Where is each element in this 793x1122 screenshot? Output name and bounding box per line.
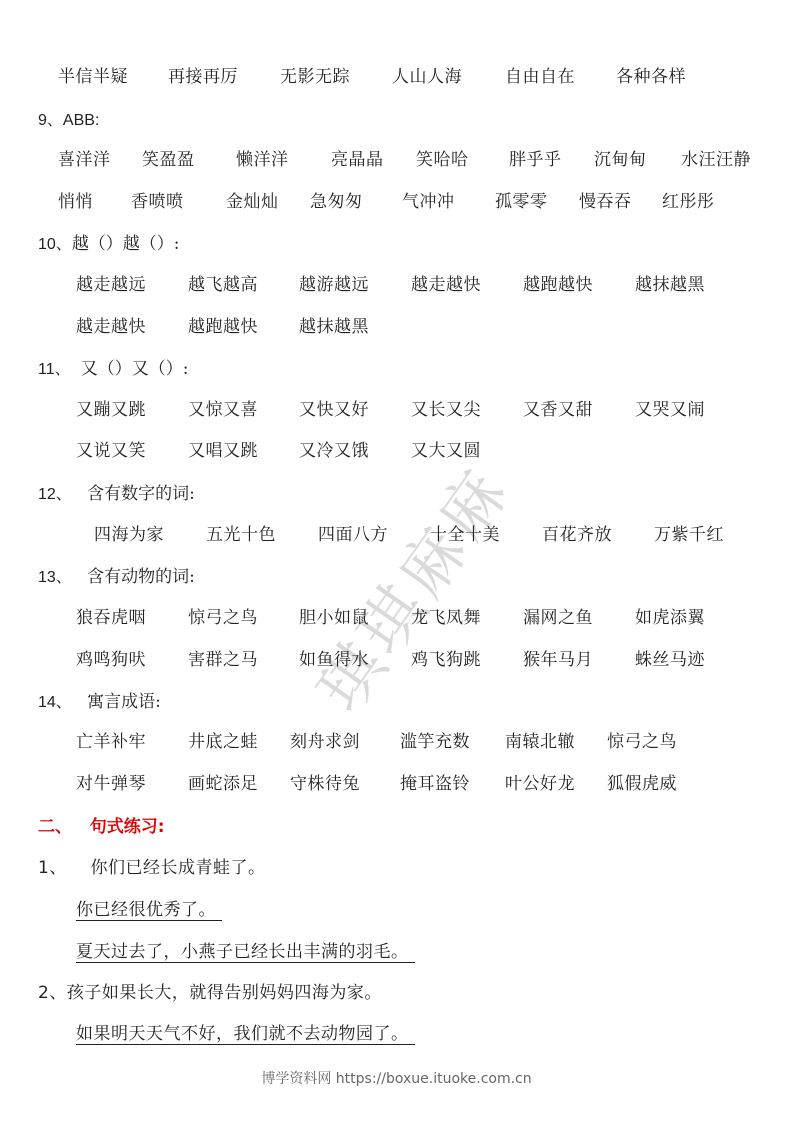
- word: 金灿灿: [226, 187, 279, 217]
- word: 蛛丝马迹: [635, 645, 705, 675]
- word: 人山人海: [392, 62, 462, 92]
- word: 喜洋洋: [58, 145, 111, 175]
- answer-line: 你已经很优秀了。: [76, 895, 222, 925]
- group-number: 9、: [38, 112, 63, 129]
- word: 又快又好: [299, 395, 369, 425]
- word: 漏网之鱼: [523, 603, 593, 633]
- group-heading-13: 13、 含有动物的词:: [38, 562, 195, 593]
- word: 守株待兔: [290, 769, 360, 799]
- word: 害群之马: [188, 645, 258, 675]
- group-heading-11: 11、 又（）又（）:: [38, 354, 189, 385]
- word: 无影无踪: [280, 62, 350, 92]
- word: 猴年马月: [523, 645, 593, 675]
- word: 四海为家: [94, 520, 164, 550]
- document-page: 琪琪麻麻 半信半疑 再接再厉 无影无踪 人山人海 自由自在 各种各样 9、ABB…: [0, 0, 793, 1122]
- section-heading-sentence-practice: 二、 句式练习:: [38, 812, 165, 842]
- word: 画蛇添足: [188, 769, 258, 799]
- section-number: 二、: [38, 817, 72, 837]
- group-heading-9: 9、ABB:: [38, 105, 99, 136]
- item-number: 2、: [38, 983, 67, 1003]
- word: 又大又圆: [411, 436, 481, 466]
- group-title: 越（）越（）:: [72, 234, 180, 254]
- word: 水汪汪静: [681, 145, 751, 175]
- word: 沉甸甸: [594, 145, 647, 175]
- word: 亡羊补牢: [76, 727, 146, 757]
- word: 急匆匆: [310, 187, 363, 217]
- word: 胆小如鼠: [299, 603, 369, 633]
- section-title: 句式练习:: [90, 817, 165, 837]
- group-heading-12: 12、 含有数字的词:: [38, 479, 195, 510]
- prompt-text: 你们已经长成青蛙了。: [90, 858, 265, 878]
- word: 亮晶晶: [331, 145, 384, 175]
- word: 又冷又饿: [299, 436, 369, 466]
- word: 叶公好龙: [505, 769, 575, 799]
- word: 狼吞虎咽: [76, 603, 146, 633]
- word: 如鱼得水: [299, 645, 369, 675]
- word: 南辕北辙: [505, 727, 575, 757]
- word: 越走越快: [76, 312, 146, 342]
- group-number: 13、: [38, 569, 72, 586]
- word: 笑盈盈: [142, 145, 195, 175]
- word: 对牛弹琴: [76, 769, 146, 799]
- word: 十全十美: [430, 520, 500, 550]
- group-number: 12、: [38, 486, 72, 503]
- word: 越走越远: [76, 270, 146, 300]
- answer-line: 如果明天天气不好，我们就不去动物园了。: [76, 1019, 415, 1049]
- word: 五光十色: [206, 520, 276, 550]
- word: 越跑越快: [523, 270, 593, 300]
- word: 刻舟求剑: [290, 727, 360, 757]
- word: 再接再厉: [168, 62, 238, 92]
- word: 滥竽充数: [400, 727, 470, 757]
- word: 又哭又闹: [635, 395, 705, 425]
- answer-text: 你已经很优秀了。: [76, 900, 222, 921]
- group-title: 含有动物的词:: [87, 567, 195, 587]
- group-heading-10: 10、越（）越（）:: [38, 229, 180, 260]
- word: 又说又笑: [76, 436, 146, 466]
- word: 笑哈哈: [416, 145, 469, 175]
- word: 百花齐放: [542, 520, 612, 550]
- word: 各种各样: [616, 62, 686, 92]
- word: 自由自在: [505, 62, 575, 92]
- word: 如虎添翼: [635, 603, 705, 633]
- word: 懒洋洋: [236, 145, 289, 175]
- word: 慢吞吞: [579, 187, 632, 217]
- group-number: 14、: [38, 694, 72, 711]
- word: 越跑越快: [188, 312, 258, 342]
- word: 半信半疑: [58, 62, 128, 92]
- word: 万紫千红: [654, 520, 724, 550]
- prompt-text: 孩子如果长大，就得告别妈妈四海为家。: [67, 983, 382, 1003]
- group-number: 10、: [38, 236, 72, 253]
- item-number: 1、: [38, 858, 67, 878]
- group-title: ABB:: [63, 112, 99, 129]
- group-heading-14: 14、 寓言成语:: [38, 687, 161, 718]
- word: 狐假虎威: [607, 769, 677, 799]
- word: 越走越快: [411, 270, 481, 300]
- word: 越抹越黑: [299, 312, 369, 342]
- word: 越抹越黑: [635, 270, 705, 300]
- word: 红彤彤: [662, 187, 715, 217]
- sentence-prompt-1: 1、 你们已经长成青蛙了。: [38, 853, 265, 883]
- watermark: 琪琪麻麻: [292, 445, 528, 727]
- word: 又惊又喜: [188, 395, 258, 425]
- word: 又蹦又跳: [76, 395, 146, 425]
- answer-text: 如果明天天气不好，我们就不去动物园了。: [76, 1024, 415, 1045]
- word: 惊弓之鸟: [607, 727, 677, 757]
- word: 又唱又跳: [188, 436, 258, 466]
- word: 四面八方: [318, 520, 388, 550]
- word: 越游越远: [299, 270, 369, 300]
- word: 龙飞凤舞: [411, 603, 481, 633]
- word: 鸡飞狗跳: [411, 645, 481, 675]
- answer-line: 夏天过去了，小燕子已经长出丰满的羽毛。: [76, 937, 415, 967]
- group-title: 含有数字的词:: [87, 484, 195, 504]
- group-number: 11、: [38, 361, 71, 378]
- sentence-prompt-2: 2、孩子如果长大，就得告别妈妈四海为家。: [38, 978, 382, 1008]
- group-title: 又（）又（）:: [81, 359, 189, 379]
- word: 香喷喷: [131, 187, 184, 217]
- footer-source: 博学资料网 https://boxue.ituoke.com.cn: [0, 1068, 793, 1088]
- word: 又长又尖: [411, 395, 481, 425]
- word: 鸡鸣狗吠: [76, 645, 146, 675]
- word: 越飞越高: [188, 270, 258, 300]
- word: 掩耳盗铃: [400, 769, 470, 799]
- word: 又香又甜: [523, 395, 593, 425]
- word: 井底之蛙: [188, 727, 258, 757]
- word: 气冲冲: [402, 187, 455, 217]
- word: 惊弓之鸟: [188, 603, 258, 633]
- group-title: 寓言成语:: [87, 692, 161, 712]
- answer-text: 夏天过去了，小燕子已经长出丰满的羽毛。: [76, 942, 415, 963]
- word: 悄悄: [58, 187, 93, 217]
- word: 胖乎乎: [509, 145, 562, 175]
- word: 孤零零: [495, 187, 548, 217]
